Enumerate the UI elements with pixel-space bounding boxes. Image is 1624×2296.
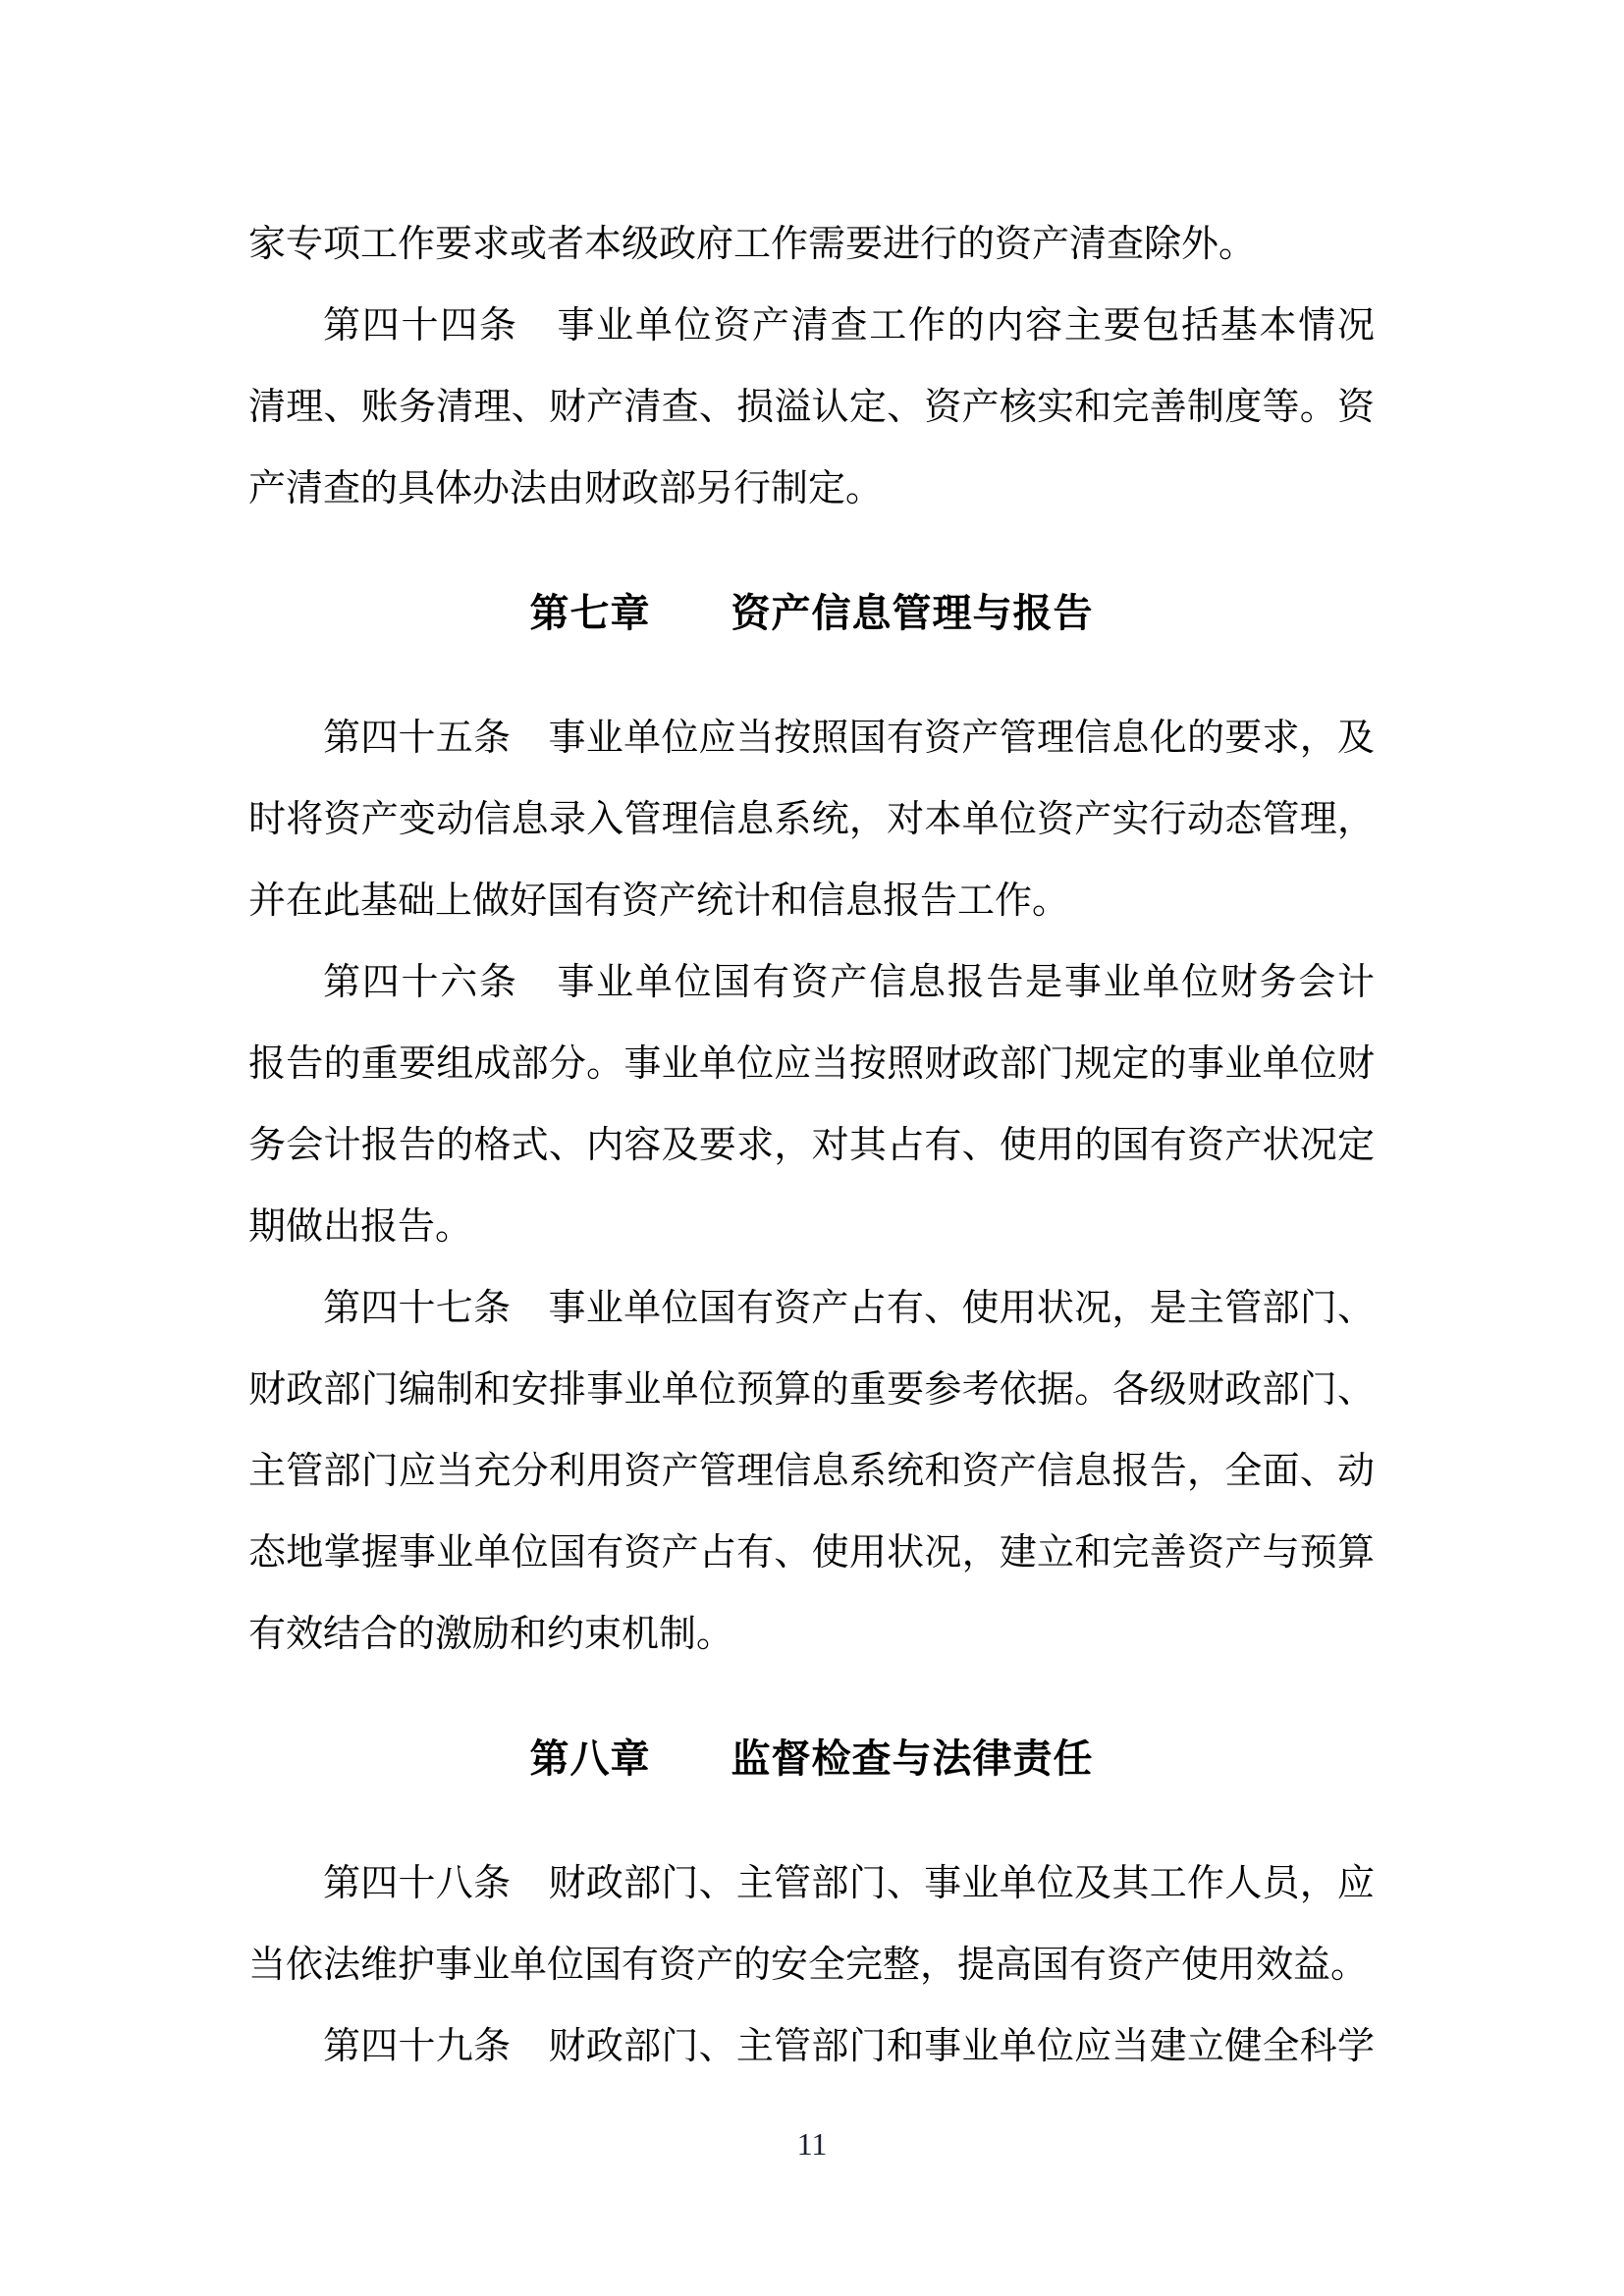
article-46-line-2: 报告的重要组成部分。事业单位应当按照财政部门规定的事业单位财 [248, 1024, 1375, 1105]
page-body-text: 家专项工作要求或者本级政府工作需要进行的资产清查除外。 第四十四条 事业单位资产… [248, 204, 1375, 2088]
article-46-line-4: 期做出报告。 [248, 1187, 1375, 1268]
document-page: 家专项工作要求或者本级政府工作需要进行的资产清查除外。 第四十四条 事业单位资产… [0, 0, 1624, 2296]
article-47-line-5: 有效结合的激励和约束机制。 [248, 1594, 1375, 1676]
article-48-line-2: 当依法维护事业单位国有资产的安全完整，提高国有资产使用效益。 [248, 1925, 1375, 2006]
article-47-line-3: 主管部门应当充分利用资产管理信息系统和资产信息报告，全面、动 [248, 1431, 1375, 1513]
article-48-line-1: 第四十八条 财政部门、主管部门、事业单位及其工作人员，应 [248, 1843, 1375, 1925]
article-45-line-3: 并在此基础上做好国有资产统计和信息报告工作。 [248, 861, 1375, 942]
article-44-line-3: 产清查的具体办法由财政部另行制定。 [248, 449, 1375, 530]
body-line-continuation: 家专项工作要求或者本级政府工作需要进行的资产清查除外。 [248, 204, 1375, 286]
article-47-line-2: 财政部门编制和安排事业单位预算的重要参考依据。各级财政部门、 [248, 1350, 1375, 1431]
article-45-line-1: 第四十五条 事业单位应当按照国有资产管理信息化的要求，及 [248, 698, 1375, 779]
article-45-line-2: 时将资产变动信息录入管理信息系统，对本单位资产实行动态管理， [248, 779, 1375, 861]
article-44-line-2: 清理、账务清理、财产清查、损溢认定、资产核实和完善制度等。资 [248, 367, 1375, 449]
article-46-line-3: 务会计报告的格式、内容及要求，对其占有、使用的国有资产状况定 [248, 1105, 1375, 1187]
article-46-line-1: 第四十六条 事业单位国有资产信息报告是事业单位财务会计 [248, 942, 1375, 1024]
article-44-line-1: 第四十四条 事业单位资产清查工作的内容主要包括基本情况 [248, 286, 1375, 367]
article-49-line-1: 第四十九条 财政部门、主管部门和事业单位应当建立健全科学 [248, 2006, 1375, 2088]
page-number: 11 [0, 2124, 1624, 2163]
article-47-line-4: 态地掌握事业单位国有资产占有、使用状况，建立和完善资产与预算 [248, 1513, 1375, 1594]
chapter-7-heading: 第七章 资产信息管理与报告 [248, 573, 1375, 655]
chapter-8-heading: 第八章 监督检查与法律责任 [248, 1719, 1375, 1800]
article-47-line-1: 第四十七条 事业单位国有资产占有、使用状况，是主管部门、 [248, 1268, 1375, 1350]
